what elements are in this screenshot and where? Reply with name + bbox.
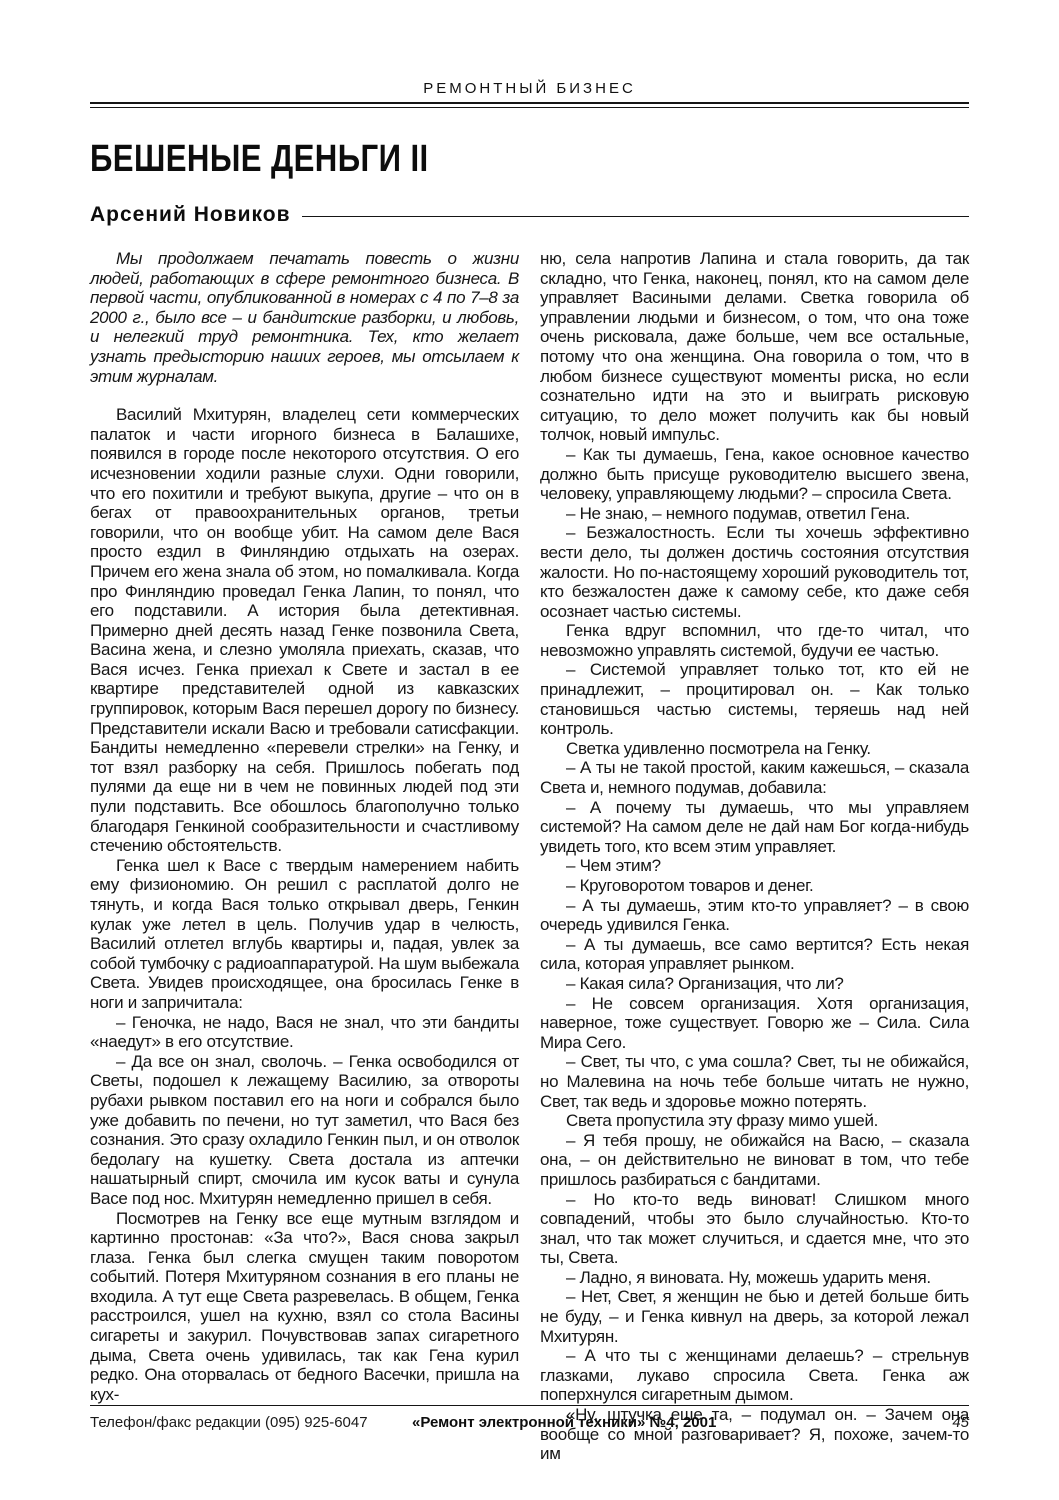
paragraph: – Безжалостность. Если ты хочешь эффекти… bbox=[540, 523, 969, 621]
paragraph: – Да все он знал, сволочь. – Генка освоб… bbox=[90, 1052, 519, 1209]
byline-divider bbox=[302, 216, 969, 217]
paragraph: – Какая сила? Организация, что ли? bbox=[540, 974, 969, 994]
paragraph: – Геночка, не надо, Вася не знал, что эт… bbox=[90, 1013, 519, 1052]
paragraph: Василий Мхитурян, владелец сети коммерче… bbox=[90, 405, 519, 856]
paragraph: – А ты думаешь, этим кто-то управляет? –… bbox=[540, 896, 969, 935]
paragraph: – Но кто-то ведь виноват! Слишком много … bbox=[540, 1190, 969, 1268]
footer: Телефон/факс редакции (095) 925-6047 «Ре… bbox=[90, 1414, 969, 1436]
article-body: Мы продолжаем печатать повесть о жизни л… bbox=[90, 249, 969, 1464]
header-divider bbox=[90, 102, 969, 108]
paragraph: – Свет, ты что, с ума сошла? Свет, ты не… bbox=[540, 1052, 969, 1111]
paragraph: Светка удивленно посмотрела на Генку. bbox=[540, 739, 969, 759]
footer-phone: Телефон/факс редакции (095) 925-6047 bbox=[90, 1414, 368, 1431]
paragraph: – Я тебя прошу, не обижайся на Васю, – с… bbox=[540, 1131, 969, 1190]
author-name: Арсений Новиков bbox=[90, 203, 290, 227]
paragraph: Света пропустила эту фразу мимо ушей. bbox=[540, 1111, 969, 1131]
paragraph: Посмотрев на Генку все еще мутным взгляд… bbox=[90, 1209, 519, 1405]
footer-page-number: 45 bbox=[952, 1414, 969, 1431]
section-header: РЕМОНТНЫЙ БИЗНЕС bbox=[90, 80, 969, 97]
column-left: Мы продолжаем печатать повесть о жизни л… bbox=[90, 249, 519, 1464]
footer-divider bbox=[90, 1405, 969, 1406]
paragraph: Генка вдруг вспомнил, что где-то читал, … bbox=[540, 621, 969, 660]
paragraph: – А ты думаешь, все само вертится? Есть … bbox=[540, 935, 969, 974]
paragraph: – Ладно, я виновата. Ну, можешь ударить … bbox=[540, 1268, 969, 1288]
paragraph: – А почему ты думаешь, что мы управляем … bbox=[540, 798, 969, 857]
paragraph: – Круговоротом товаров и денег. bbox=[540, 876, 969, 896]
column-right: ню, села напротив Лапина и стала говорит… bbox=[540, 249, 969, 1464]
page-title: БЕШЕНЫЕ ДЕНЬГИ II bbox=[90, 138, 429, 181]
paragraph: – Как ты думаешь, Гена, какое основное к… bbox=[540, 445, 969, 504]
footer-journal-title: «Ремонт электронной техники» №4, 2001 bbox=[412, 1414, 716, 1431]
paragraph: – А ты не такой простой, каким кажешься,… bbox=[540, 758, 969, 797]
paragraph: – Нет, Свет, я женщин не бью и детей бол… bbox=[540, 1287, 969, 1346]
paragraph: ню, села напротив Лапина и стала говорит… bbox=[540, 249, 969, 445]
paragraph: – Чем этим? bbox=[540, 856, 969, 876]
paragraph: – Не совсем организация. Хотя организаци… bbox=[540, 994, 969, 1053]
paragraph: Генка шел к Васе с твердым намерением на… bbox=[90, 856, 519, 1013]
paragraph: – Не знаю, – немного подумав, ответил Ге… bbox=[540, 504, 969, 524]
intro-paragraph: Мы продолжаем печатать повесть о жизни л… bbox=[90, 249, 519, 386]
paragraph: – Системой управляет только тот, кто ей … bbox=[540, 660, 969, 738]
magazine-page: РЕМОНТНЫЙ БИЗНЕС БЕШЕНЫЕ ДЕНЬГИ II Арсен… bbox=[0, 0, 1059, 1500]
paragraph: – А что ты с женщинами делаешь? – стрель… bbox=[540, 1346, 969, 1405]
byline: Арсений Новиков bbox=[90, 203, 969, 227]
